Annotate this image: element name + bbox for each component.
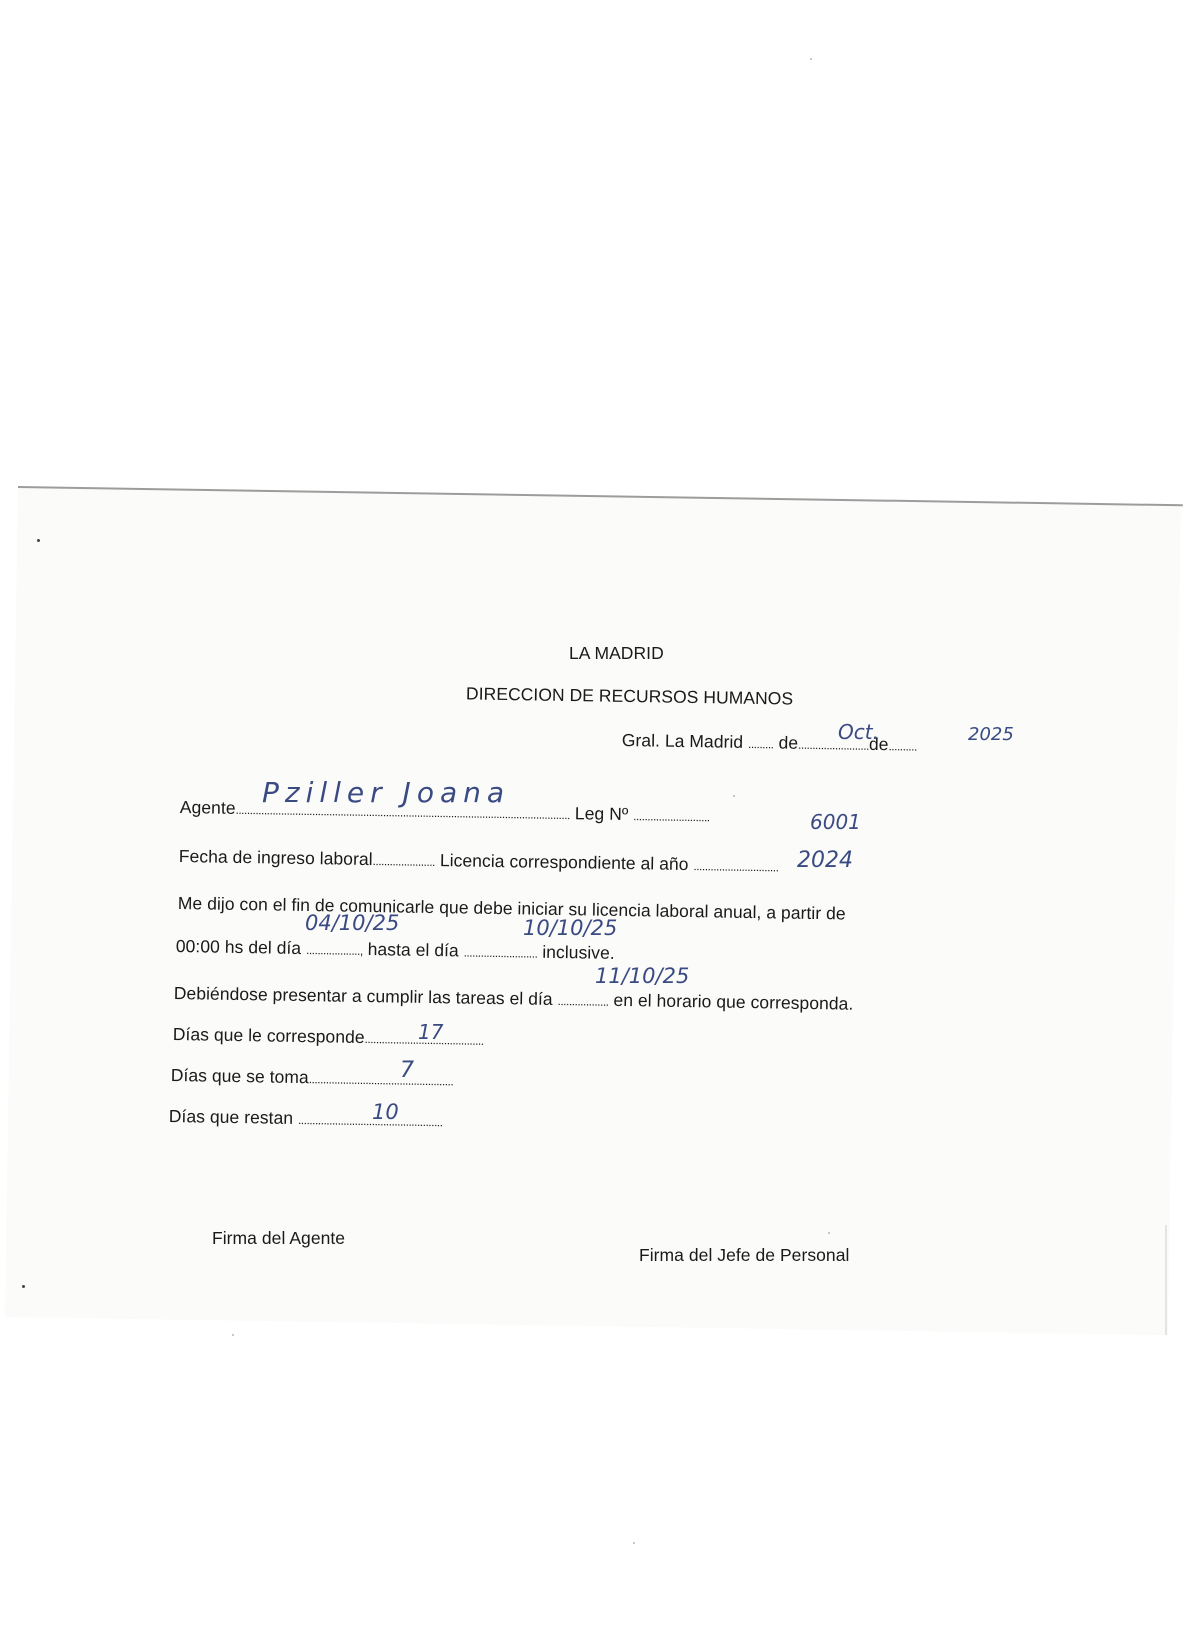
end-date-handwritten-value: 10/10/25 <box>523 916 617 940</box>
days-entitled-handwritten-value: 17 <box>418 1020 443 1044</box>
inclusive-label: inclusive. <box>542 942 615 963</box>
license-year-handwritten-value: 2024 <box>797 848 853 873</box>
place-label: Gral. La Madrid <box>622 730 744 752</box>
de-label-1: de <box>778 732 798 752</box>
license-year-blank: .............................. <box>693 859 778 874</box>
days-taken-handwritten-value: 7 <box>400 1058 414 1083</box>
scan-speck <box>232 1334 234 1336</box>
days-remaining-handwritten-value: 10 <box>372 1100 399 1124</box>
entry-date-blank: ...................... <box>373 854 436 869</box>
start-date-handwritten-value: 04/10/25 <box>305 911 399 935</box>
start-date-blank: ..................., <box>306 943 363 958</box>
days-taken-blank: ........................................… <box>309 1072 454 1088</box>
agent-label: Agente <box>180 797 236 818</box>
days-taken-label: Días que se toma <box>171 1065 309 1087</box>
start-time-label: 00:00 hs del día <box>176 936 302 958</box>
scan-speck <box>633 1542 635 1544</box>
scan-speck <box>810 58 812 60</box>
days-entitled-label: Días que le corresponde <box>173 1024 365 1047</box>
agent-signature-label: Firma del Agente <box>212 1228 345 1249</box>
leg-blank: ........................... <box>633 809 710 824</box>
leg-number-handwritten-value: 6001 <box>810 810 861 834</box>
days-remaining-line: Días que restan ........................… <box>169 1106 443 1131</box>
scan-speck <box>22 1285 25 1288</box>
return-date-handwritten-value: 11/10/25 <box>595 964 689 988</box>
end-date-blank: .......................... <box>464 946 538 961</box>
month-handwritten-value: Oct. <box>838 720 879 744</box>
return-date-blank: .................. <box>557 994 608 1009</box>
day-blank: ......... <box>748 737 774 751</box>
days-remaining-label: Días que restan <box>169 1106 294 1128</box>
scan-speck <box>828 1232 830 1234</box>
schedule-label: en el horario que corresponda. <box>613 990 853 1014</box>
scan-speck <box>37 539 40 542</box>
license-year-label: Licencia correspondiente al año <box>440 850 689 874</box>
year-blank: .......... <box>888 739 917 753</box>
form-right-edge <box>1165 1225 1167 1335</box>
scan-speck <box>733 795 735 797</box>
agent-name-handwritten-value: Pziller Joana <box>262 776 510 809</box>
year-handwritten-value: 2025 <box>968 724 1014 745</box>
scanned-page: LA MADRID DIRECCION DE RECURSOS HUMANOS … <box>0 0 1200 1651</box>
end-date-label: hasta el día <box>368 939 459 960</box>
entry-date-label: Fecha de ingreso laboral <box>179 846 373 869</box>
days-remaining-blank: ........................................… <box>298 1113 443 1129</box>
organization-heading: LA MADRID <box>569 643 664 664</box>
chief-signature-label: Firma del Jefe de Personal <box>639 1245 849 1266</box>
leg-label: Leg Nº <box>575 803 629 824</box>
